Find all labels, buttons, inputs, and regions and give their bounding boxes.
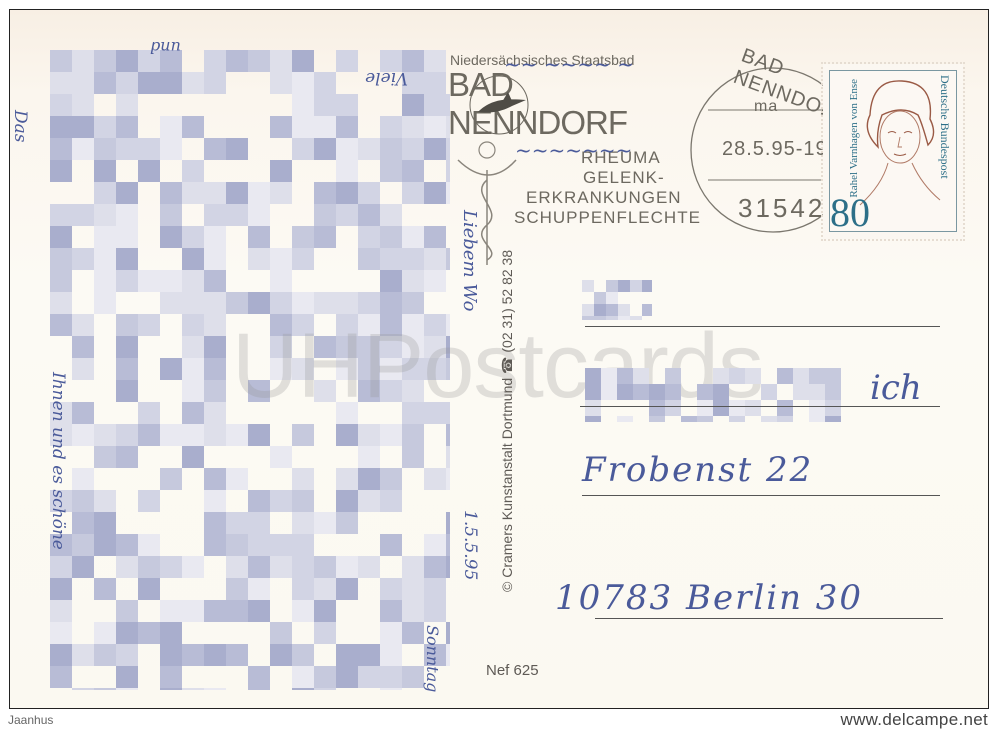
postmark-postcode: 31542 xyxy=(738,193,825,224)
postage-stamp: Rahel Varnhagen von Ense Deutsche Bundes… xyxy=(823,64,963,239)
postmark-code: mа xyxy=(754,98,778,116)
slogan-line-6: SCHUPPENFLECHTE xyxy=(514,208,701,228)
address-line-1-redacted xyxy=(582,280,652,320)
footer: Jaanhus www.delcampe.net xyxy=(0,710,1000,730)
redacted-message-block xyxy=(50,50,450,690)
redacted-name-icon xyxy=(582,280,652,320)
handwriting-left-margin: Ihnen und es schöne xyxy=(48,372,68,550)
handwriting-date: 1.5.5.95 xyxy=(460,510,480,580)
publisher-imprint: © Cramers Kunstanstalt Dortmund ☎ (02 31… xyxy=(499,250,516,592)
address-street: Frobenst 22 xyxy=(582,450,813,490)
address-line-2-redacted xyxy=(585,368,845,422)
card-number: Nef 625 xyxy=(486,662,539,679)
address-rule-3 xyxy=(582,495,940,496)
bird-logo-icon xyxy=(464,70,534,140)
slogan-line-5: ERKRANKUNGEN xyxy=(526,188,682,208)
stamp-country: Deutsche Bundespost xyxy=(937,75,952,179)
handwriting-upside-down-top: und xyxy=(150,38,181,57)
address-line-2-visible: ich xyxy=(870,368,922,408)
seller-name[interactable]: Jaanhus xyxy=(8,713,53,727)
handwriting-bottom: Sonntag xyxy=(423,625,442,692)
site-link[interactable]: www.delcampe.net xyxy=(841,710,988,730)
address-rule-1 xyxy=(585,326,940,327)
stamp-portrait-name: Rahel Varnhagen von Ense xyxy=(848,79,860,198)
slogan-line-4: GELENK- xyxy=(583,168,665,188)
handwriting-over-slogan-2: ~~~~~~~ xyxy=(515,138,632,162)
address-rule-4 xyxy=(595,618,943,619)
postmark-date: 28.5.95-19 xyxy=(722,138,828,161)
handwriting-over-slogan-1: ~~ ~~~~ ~ xyxy=(504,52,634,76)
redacted-surname-icon xyxy=(585,368,845,422)
postcard-back: und Viele Das Ihnen und es schöne Liebem… xyxy=(9,9,989,709)
address-rule-2 xyxy=(580,406,940,407)
stamp-value: 80 xyxy=(830,193,870,233)
address-city: 10783 Berlin 30 xyxy=(555,578,863,618)
handwriting-das: Das xyxy=(10,110,30,143)
handwriting-viele: Viele xyxy=(365,68,408,88)
